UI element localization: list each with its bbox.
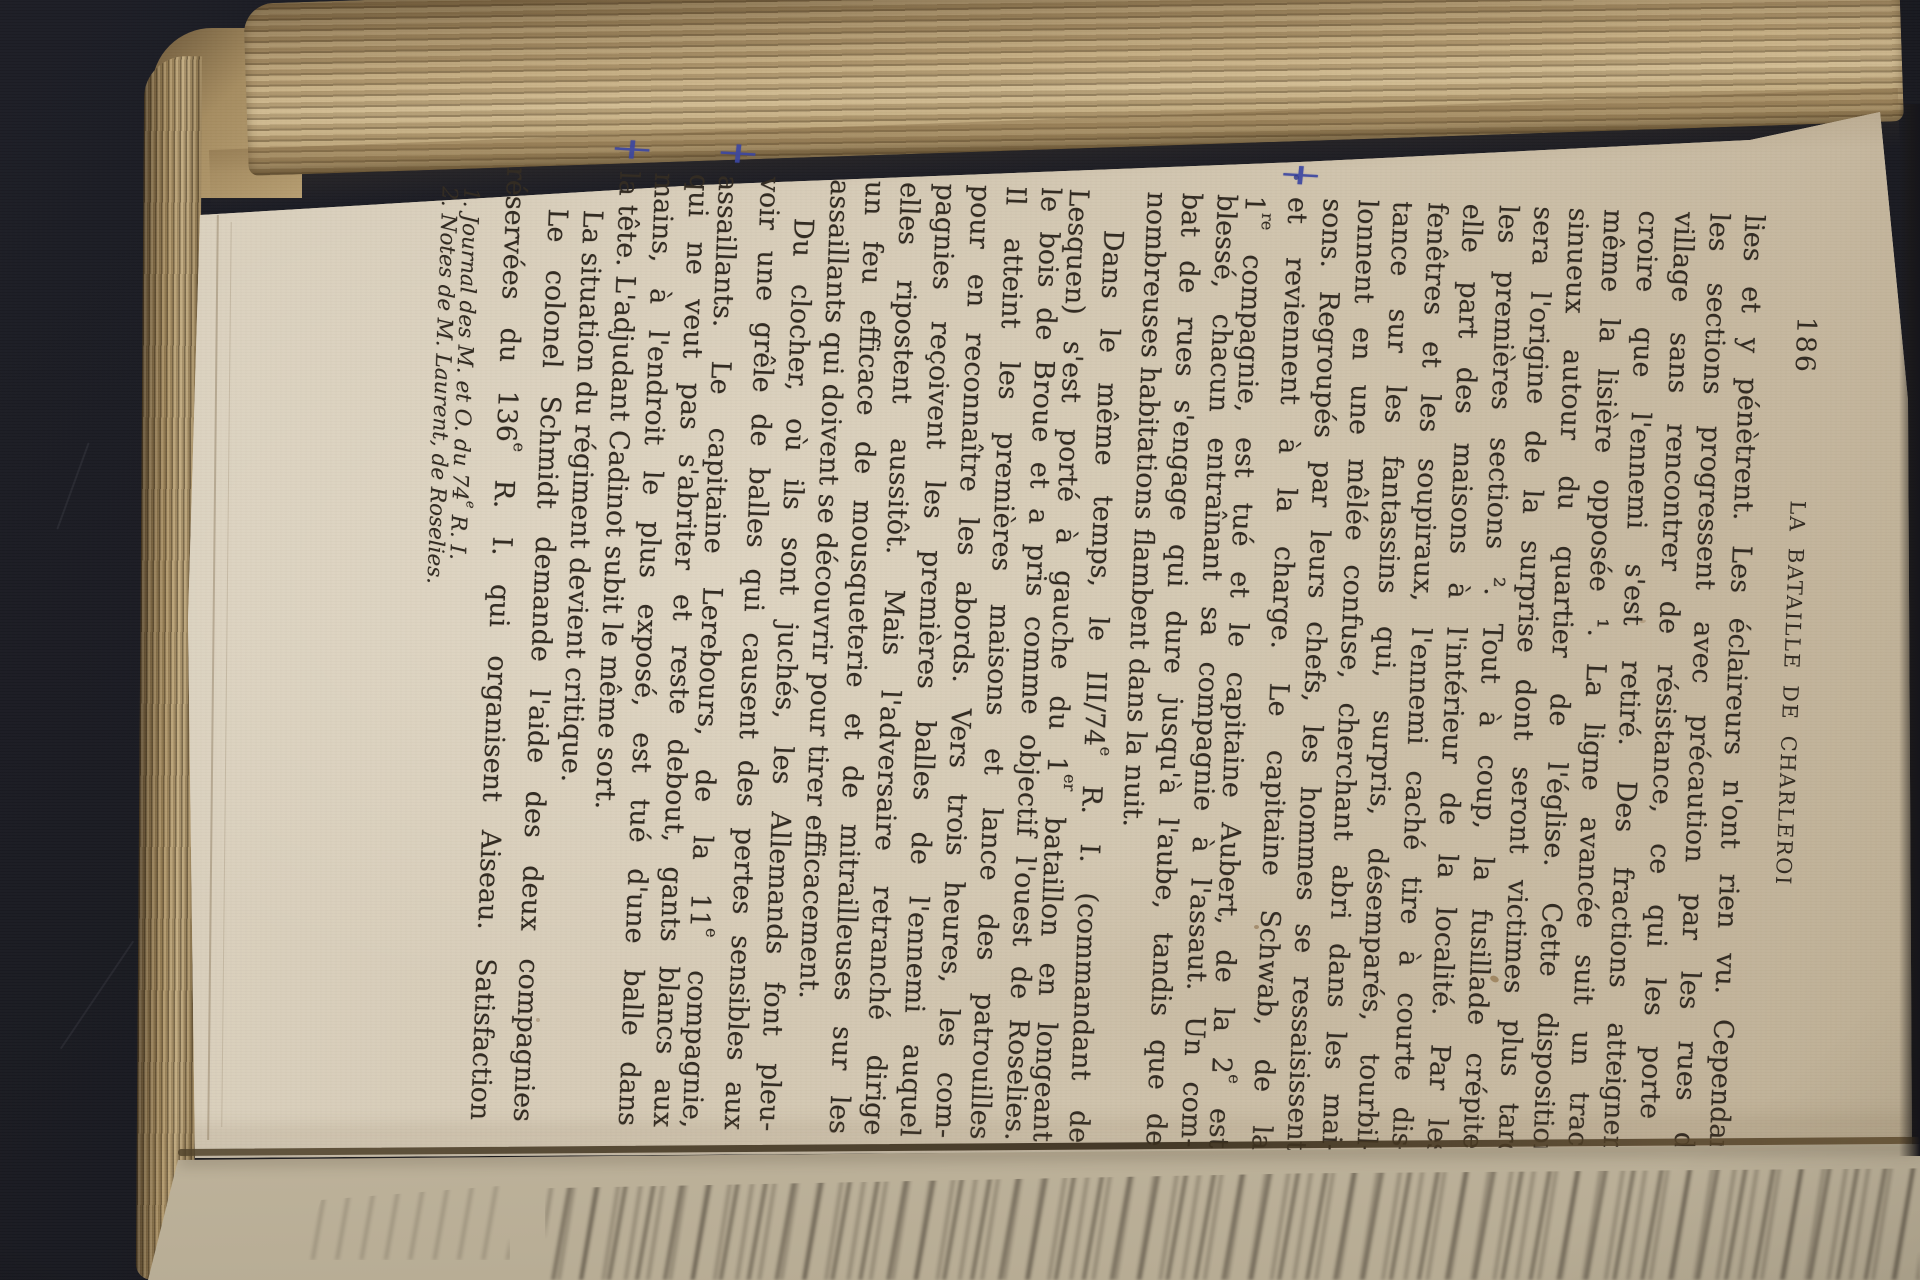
ink-cross-mark: + (598, 136, 667, 164)
gutter-shadow-edge (1899, 104, 1920, 1156)
body-text: lies et y pénètrent. Les éclaireurs n'on… (469, 149, 1772, 1177)
ink-cross-mark: + (1266, 161, 1335, 189)
book-photo: 186 LA BATAILLE DE CHARLEROI lies et y p… (0, 0, 1920, 1280)
ink-dot-mark (1293, 175, 1298, 180)
page-text-rotated: 186 LA BATAILLE DE CHARLEROI lies et y p… (390, 145, 1827, 1178)
ink-cross-mark: + (704, 140, 773, 168)
page-number: 186 (1789, 316, 1822, 375)
